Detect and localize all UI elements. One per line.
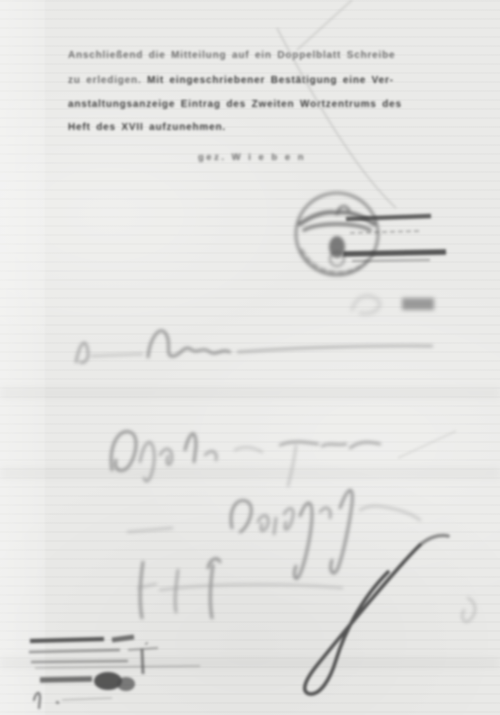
pencil-cursive-handwriting <box>76 331 475 622</box>
scan-graphics-overlay <box>0 0 500 715</box>
faint-pencil-annotation <box>352 296 434 314</box>
circular-eagle-stamp <box>296 193 378 275</box>
stamp-ink-blot <box>94 672 122 690</box>
large-dark-signature-flourish <box>305 535 448 694</box>
scanned-document-page: Anschließend die Mitteilung auf ein Dopp… <box>0 0 500 715</box>
smeared-stamp-text-lines <box>343 216 446 261</box>
bottom-left-office-stamp <box>29 637 200 708</box>
stamp-ink-blot <box>117 677 135 691</box>
